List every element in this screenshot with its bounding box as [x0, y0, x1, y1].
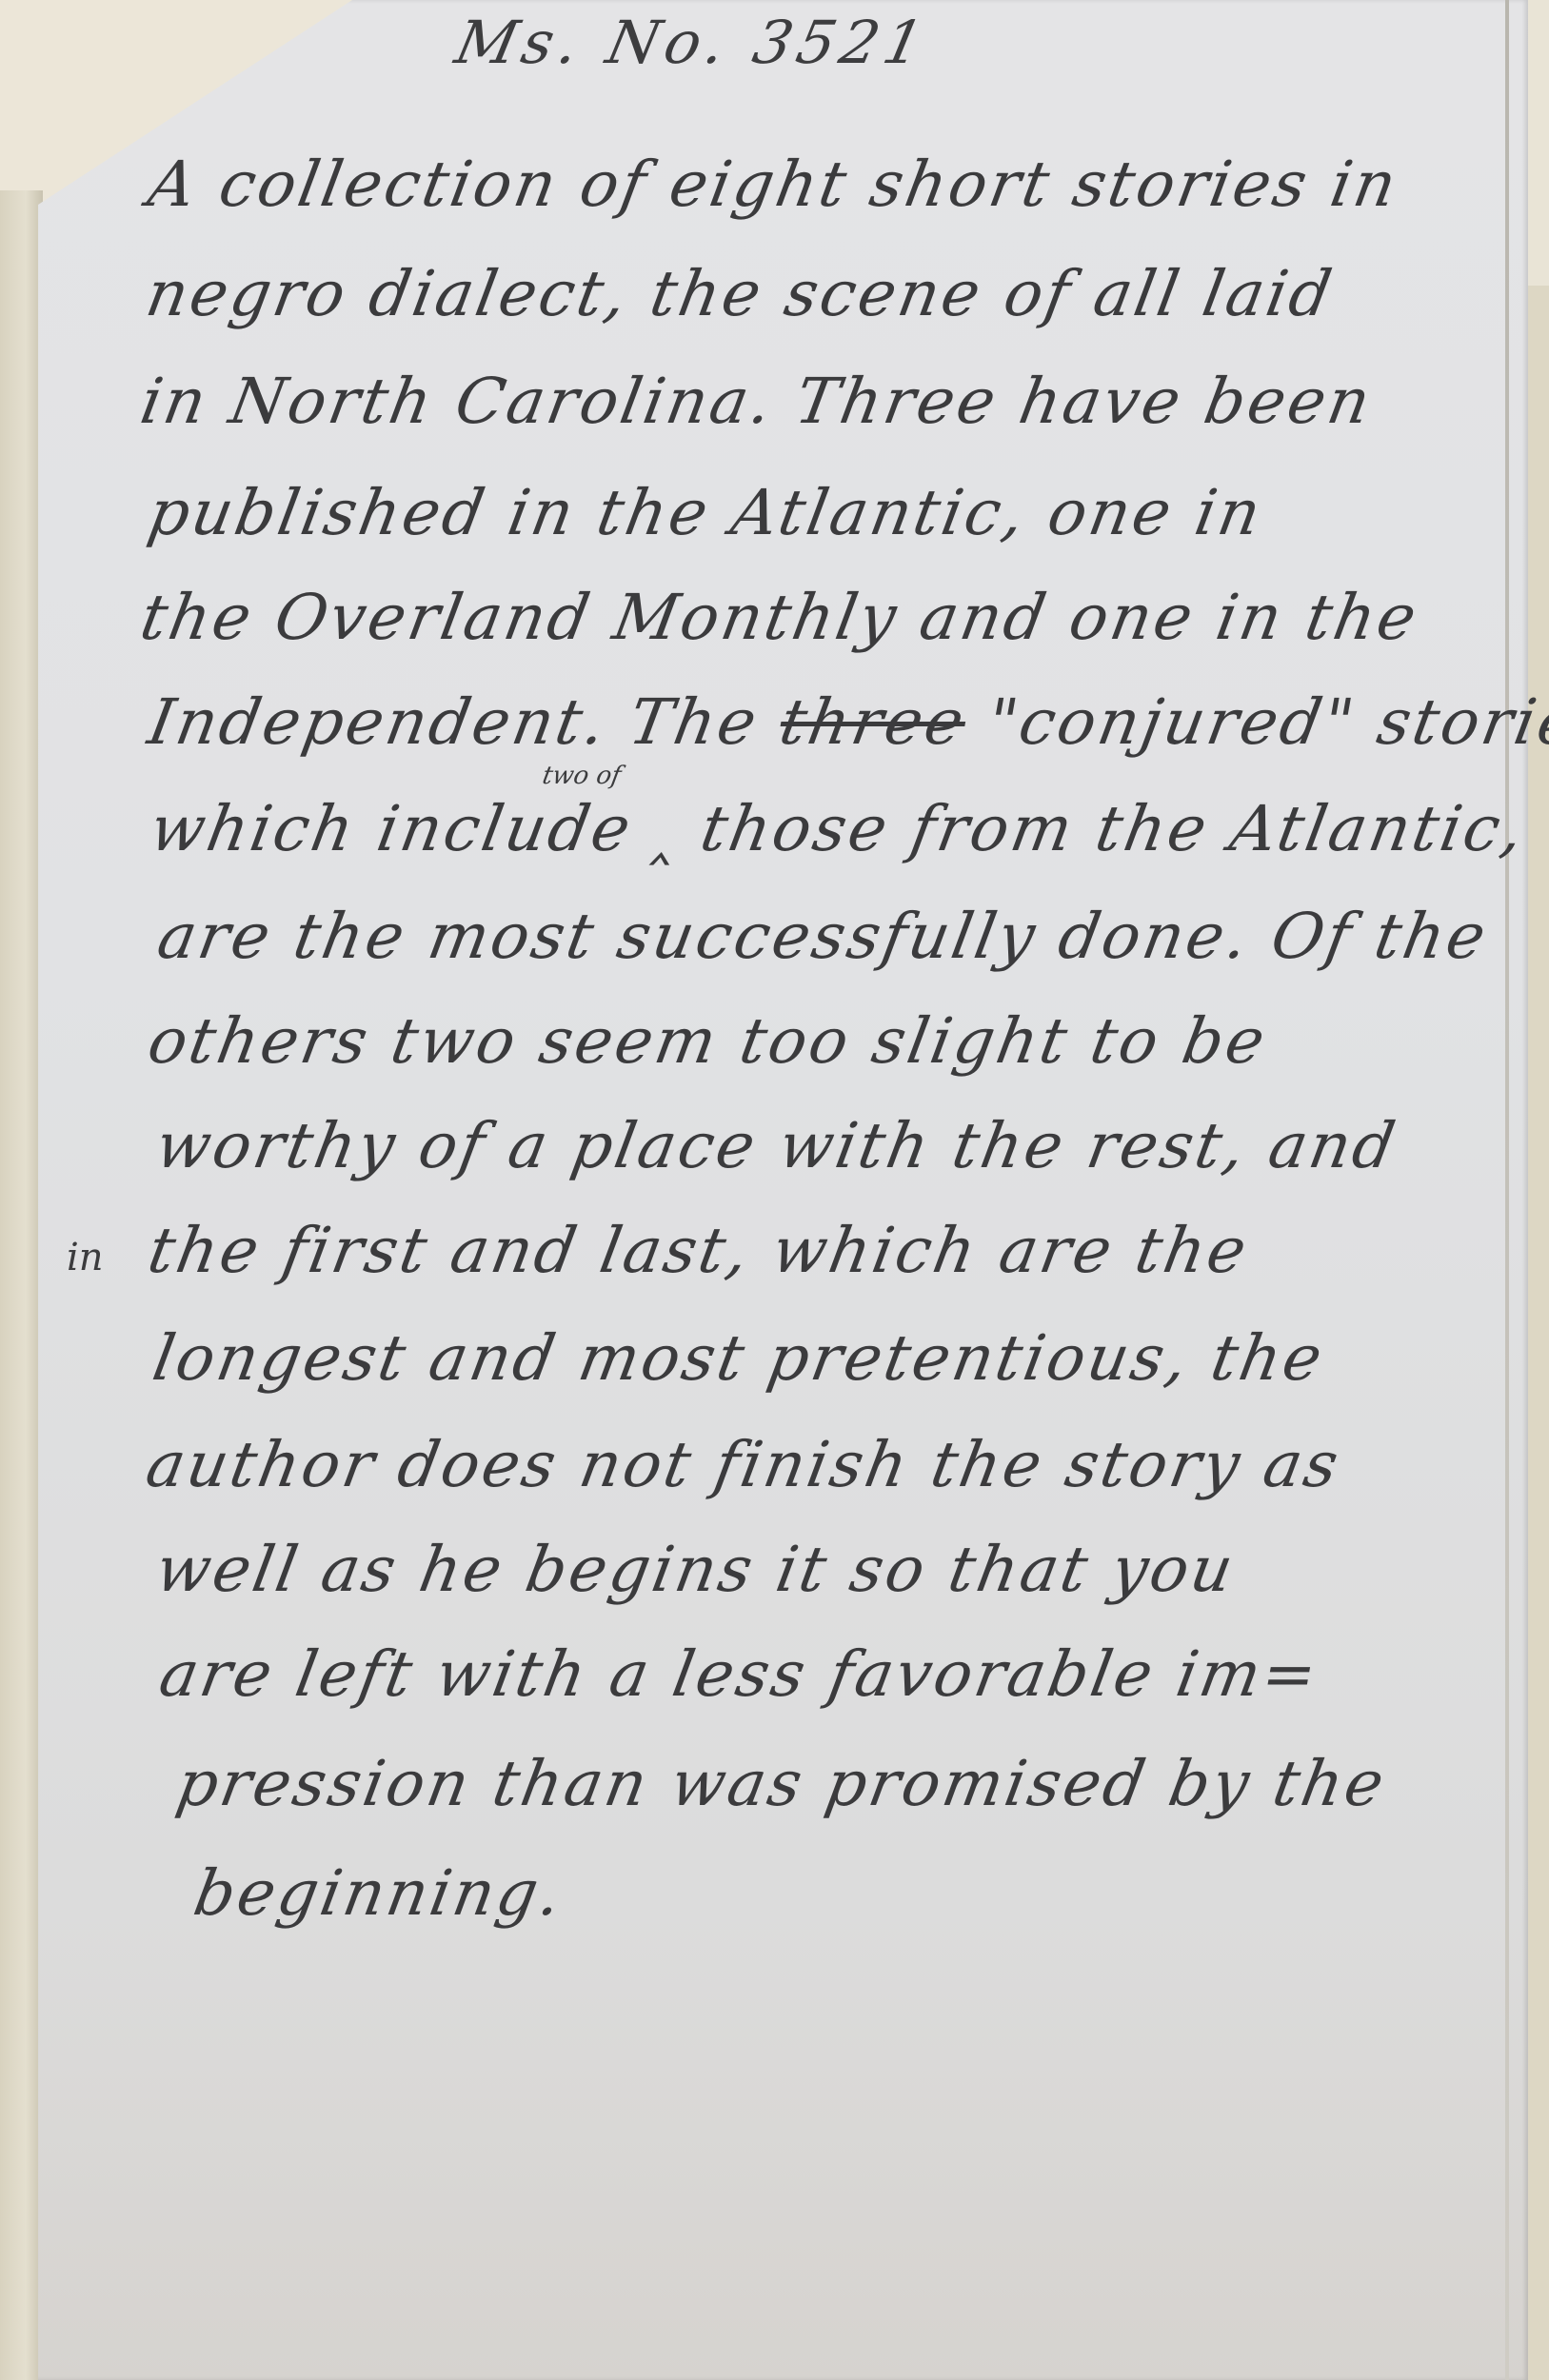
text-line-10: worthy of a place with the rest, and [150, 1109, 1403, 1182]
caret-mark: ‸ [648, 792, 685, 865]
text-line-16: pression than was promised by the [171, 1747, 1392, 1820]
text-line-6-end: "conjured" stories, [982, 685, 1549, 759]
text-line-14: well as he begins it so that you [150, 1533, 1241, 1606]
text-line-4: published in the Atlantic, one in [143, 476, 1269, 549]
text-line-12: longest and most pretentious, the [148, 1321, 1330, 1395]
text-line-3: in North Carolina. Three have been [135, 365, 1379, 438]
text-line-7-end: those from the Atlantic, [695, 792, 1531, 865]
text-line-2: negro dialect, the scene of all laid [141, 257, 1340, 330]
margin-insertion: in [67, 1236, 104, 1279]
text-line-6-start: Independent. The [143, 685, 765, 759]
text-line-7-start: which include [145, 792, 639, 865]
text-line-11: the first and last, which are the [143, 1214, 1255, 1287]
text-line-6: Independent. The three "conjured" storie… [143, 685, 1549, 759]
struck-word: three [775, 685, 972, 759]
text-line-9: others two seem too slight to be [143, 1004, 1273, 1078]
photo-scene: Ms. No. 3521 A collection of eight short… [0, 0, 1549, 2380]
text-line-7: which include ‸ those from the Atlantic, [145, 792, 1532, 865]
text-line-15: are left with a less favorable im= [154, 1637, 1325, 1711]
text-line-17: beginning. [189, 1856, 569, 1930]
text-line-13: author does not finish the story as [141, 1428, 1346, 1501]
text-line-8: are the most successfully done. Of the [152, 900, 1494, 973]
text-line-1: A collection of eight short stories in [143, 148, 1404, 221]
manuscript-body: A collection of eight short stories in n… [0, 0, 1549, 2380]
text-line-5: the Overland Monthly and one in the [135, 581, 1424, 654]
caret-insertion: two of [540, 762, 623, 790]
